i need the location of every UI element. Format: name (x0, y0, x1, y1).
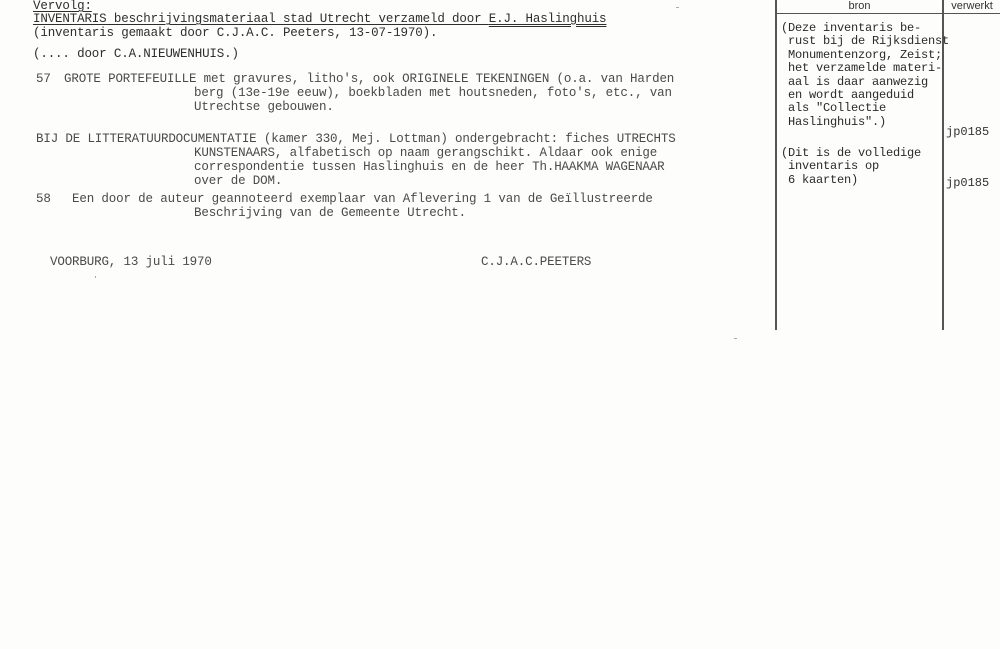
bron-cell-2: (Dit is de volledige inventaris op 6 kaa… (781, 147, 921, 187)
bron-cell-1: (Deze inventaris be- rust bij de Rijksdi… (781, 22, 949, 129)
entry-57-line-2: berg (13e-19e eeuw), boekbladen met hout… (194, 87, 672, 100)
verwerkt-cell-1: jp0185 (946, 126, 989, 139)
entry-57-line-1: GROTE PORTEFEUILLE met gravures, litho's… (64, 73, 674, 86)
entry-number: 58 (36, 193, 51, 206)
inventory-title: INVENTARIS beschrijvingsmateriaal stad U… (33, 13, 606, 26)
column-header-bron: bron (777, 0, 942, 13)
archive-card-scan: Vervolg: INVENTARIS beschrijvingsmateria… (0, 0, 1000, 649)
entry-58-line-2: Beschrijving van de Gemeente Utrecht. (194, 207, 466, 220)
inventory-subtitle: (inventaris gemaakt door C.J.A.C. Peeter… (33, 27, 437, 40)
literature-line-4: over de DOM. (194, 175, 282, 188)
place-date: VOORBURG, 13 juli 1970 (50, 256, 212, 269)
entry-57-line-3: Utrechtse gebouwen. (194, 101, 334, 114)
literature-line-1: BIJ DE LITTERATUURDOCUMENTATIE (kamer 33… (36, 133, 676, 146)
literature-line-3: correspondentie tussen Haslinghuis en de… (194, 161, 664, 174)
scan-speck (872, 79, 875, 80)
entry-number: 57 (36, 73, 51, 86)
bron-column-border (775, 0, 777, 330)
scan-speck (676, 7, 679, 8)
literature-line-2: KUNSTENAARS, alfabetisch op naam gerangs… (194, 147, 657, 160)
column-header-verwerkt: verwerkt (944, 0, 1000, 13)
entry-58-line-1: Een door de auteur geannoteerd exemplaar… (72, 193, 653, 206)
signature: C.J.A.C.PEETERS (481, 256, 591, 269)
compiler-note: (.... door C.A.NIEUWENHUIS.) (33, 48, 239, 61)
scan-speck (95, 276, 96, 278)
inventory-title-main: INVENTARIS beschrijvingsmateriaal stad U… (33, 12, 489, 26)
collector-name: E.J. Haslinghuis (489, 12, 607, 26)
scan-speck (734, 338, 737, 339)
verwerkt-cell-2: jp0185 (946, 177, 989, 190)
header-divider (776, 13, 1000, 14)
